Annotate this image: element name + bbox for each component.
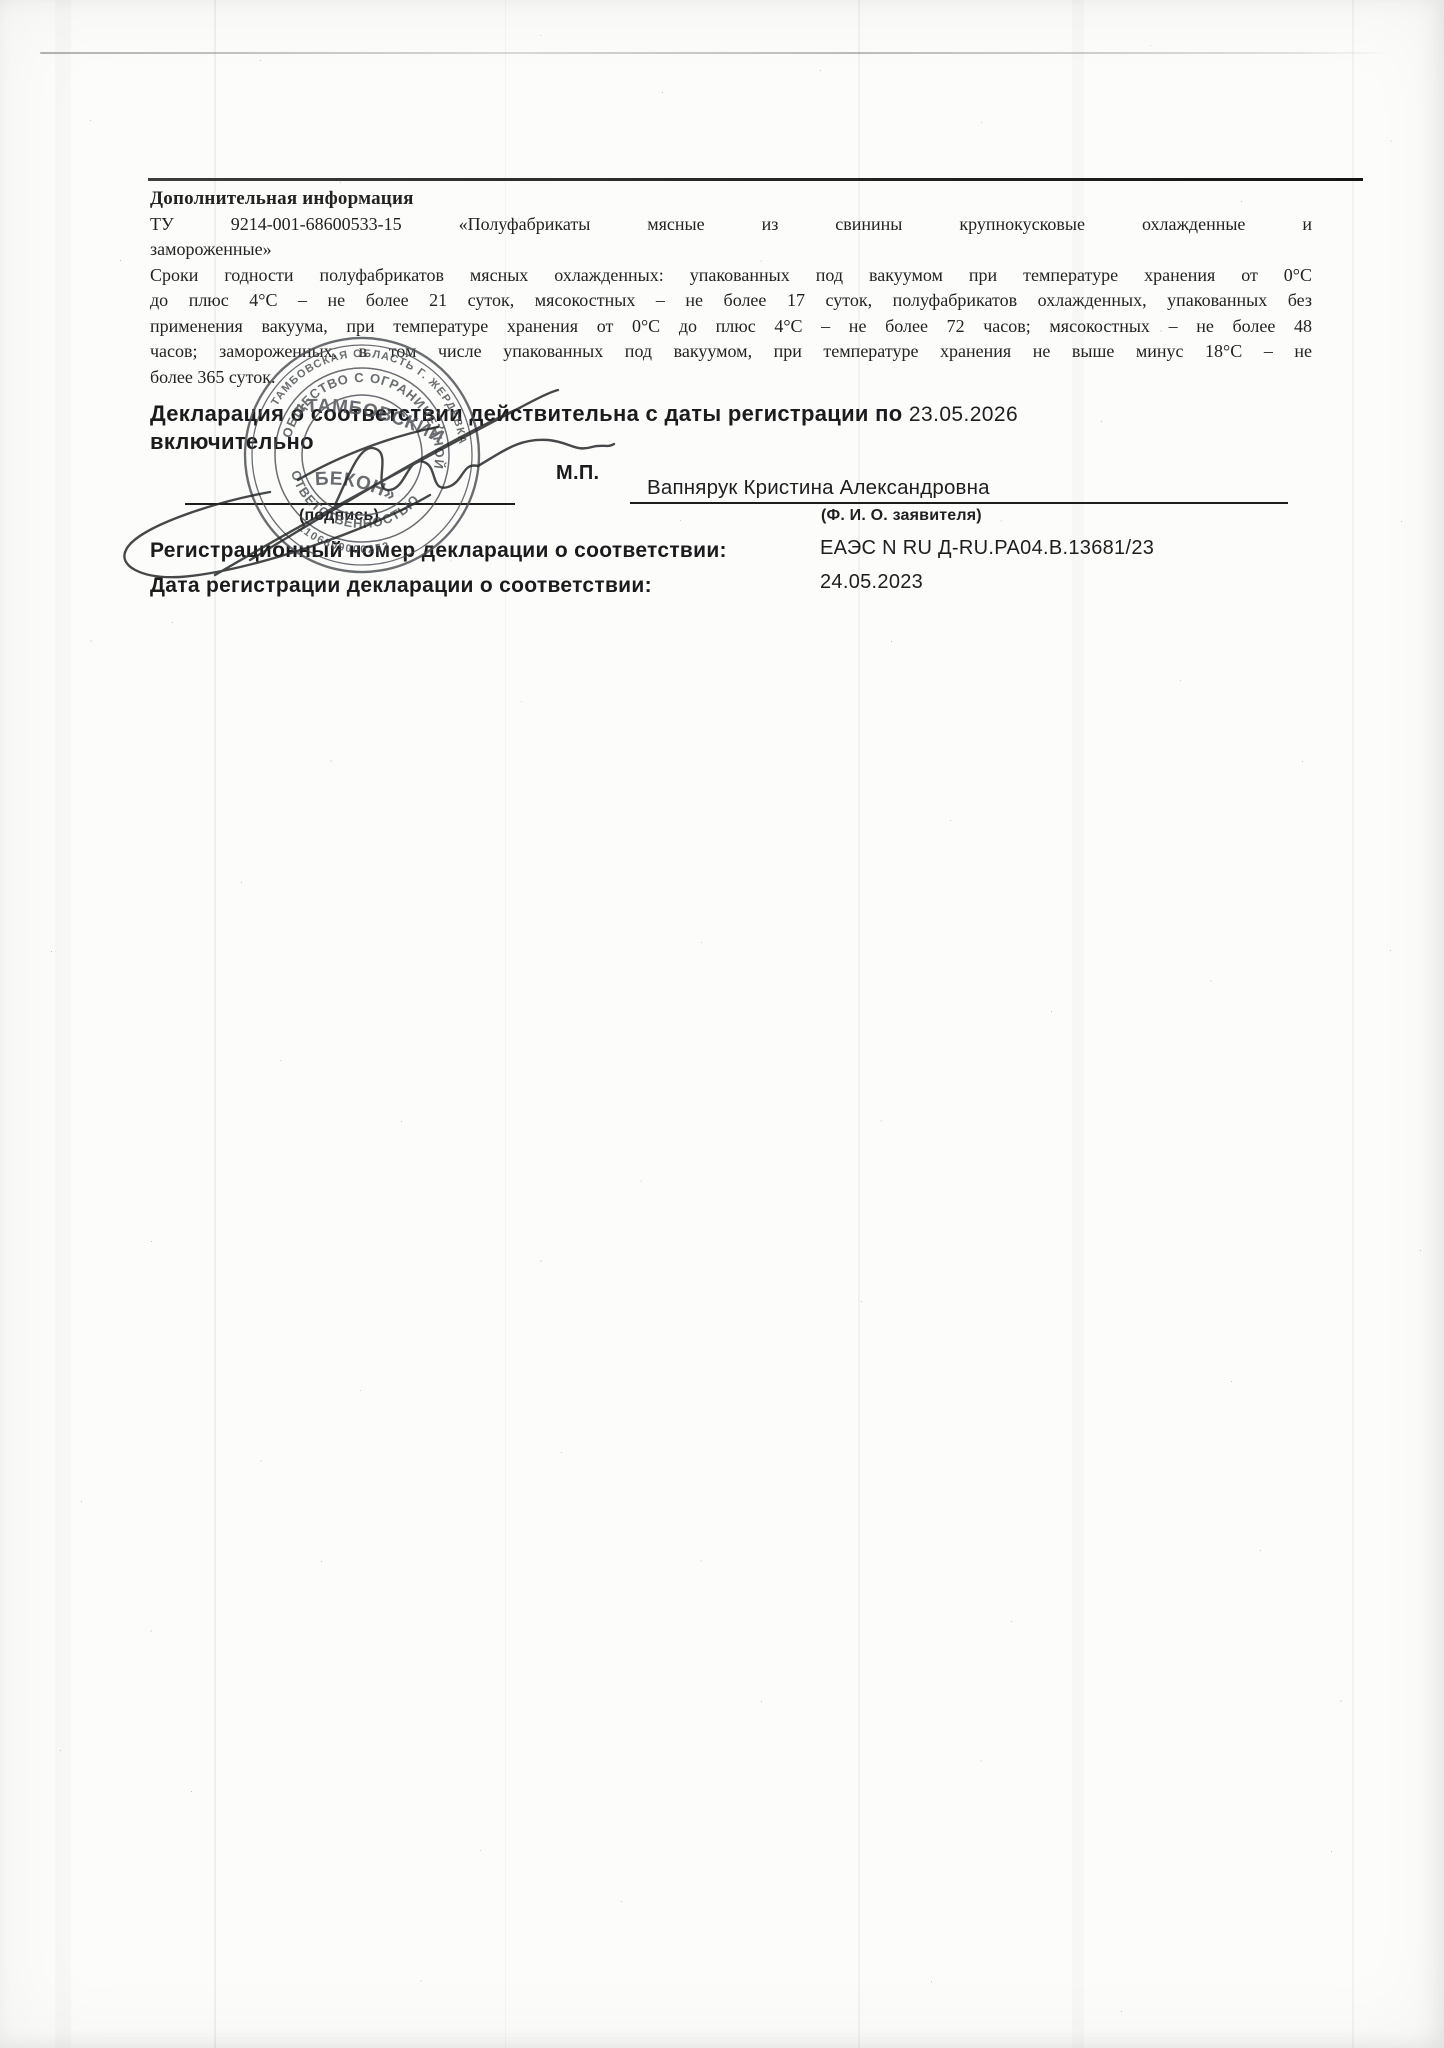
tu-paragraph-line: замороженные» <box>150 237 1312 262</box>
registration-date-value: 24.05.2023 <box>820 571 923 594</box>
validity-date: 23.05.2026 <box>909 403 1018 426</box>
signature-diagonal-2 <box>250 408 520 560</box>
signature-upper-stroke <box>298 427 438 480</box>
registration-number-value: ЕАЭС N RU Д-RU.РА04.В.13681/23 <box>820 537 1154 560</box>
scan-noise-speckles-light <box>0 0 2 2</box>
scan-streak <box>55 0 71 2048</box>
signature-diagonal <box>215 390 558 575</box>
signature-loop <box>124 492 430 577</box>
applicant-caption: (Ф. И. О. заявителя) <box>821 507 982 525</box>
signature-tail <box>478 440 614 466</box>
handwritten-signature <box>100 380 640 590</box>
scanned-declaration-page: Дополнительная информация ТУ 9214-001-68… <box>0 0 1444 2048</box>
shelf-life-line: Сроки годности полуфабрикатов мясных охл… <box>150 263 1312 288</box>
shelf-life-line: до плюс 4°С – не более 21 суток, мясокос… <box>150 288 1312 313</box>
tu-paragraph-line: ТУ 9214-001-68600533-15 «Полуфабрикаты м… <box>150 212 1312 237</box>
applicant-name: Вапнярук Кристина Александровна <box>647 476 990 500</box>
tu-paragraph: ТУ 9214-001-68600533-15 «Полуфабрикаты м… <box>150 212 1312 263</box>
scan-streak <box>1352 0 1354 2048</box>
applicant-name-underline <box>630 502 1288 504</box>
section-heading: Дополнительная информация <box>150 188 414 210</box>
section-divider-rule <box>148 178 1363 181</box>
scan-scratch-line <box>40 52 1392 54</box>
